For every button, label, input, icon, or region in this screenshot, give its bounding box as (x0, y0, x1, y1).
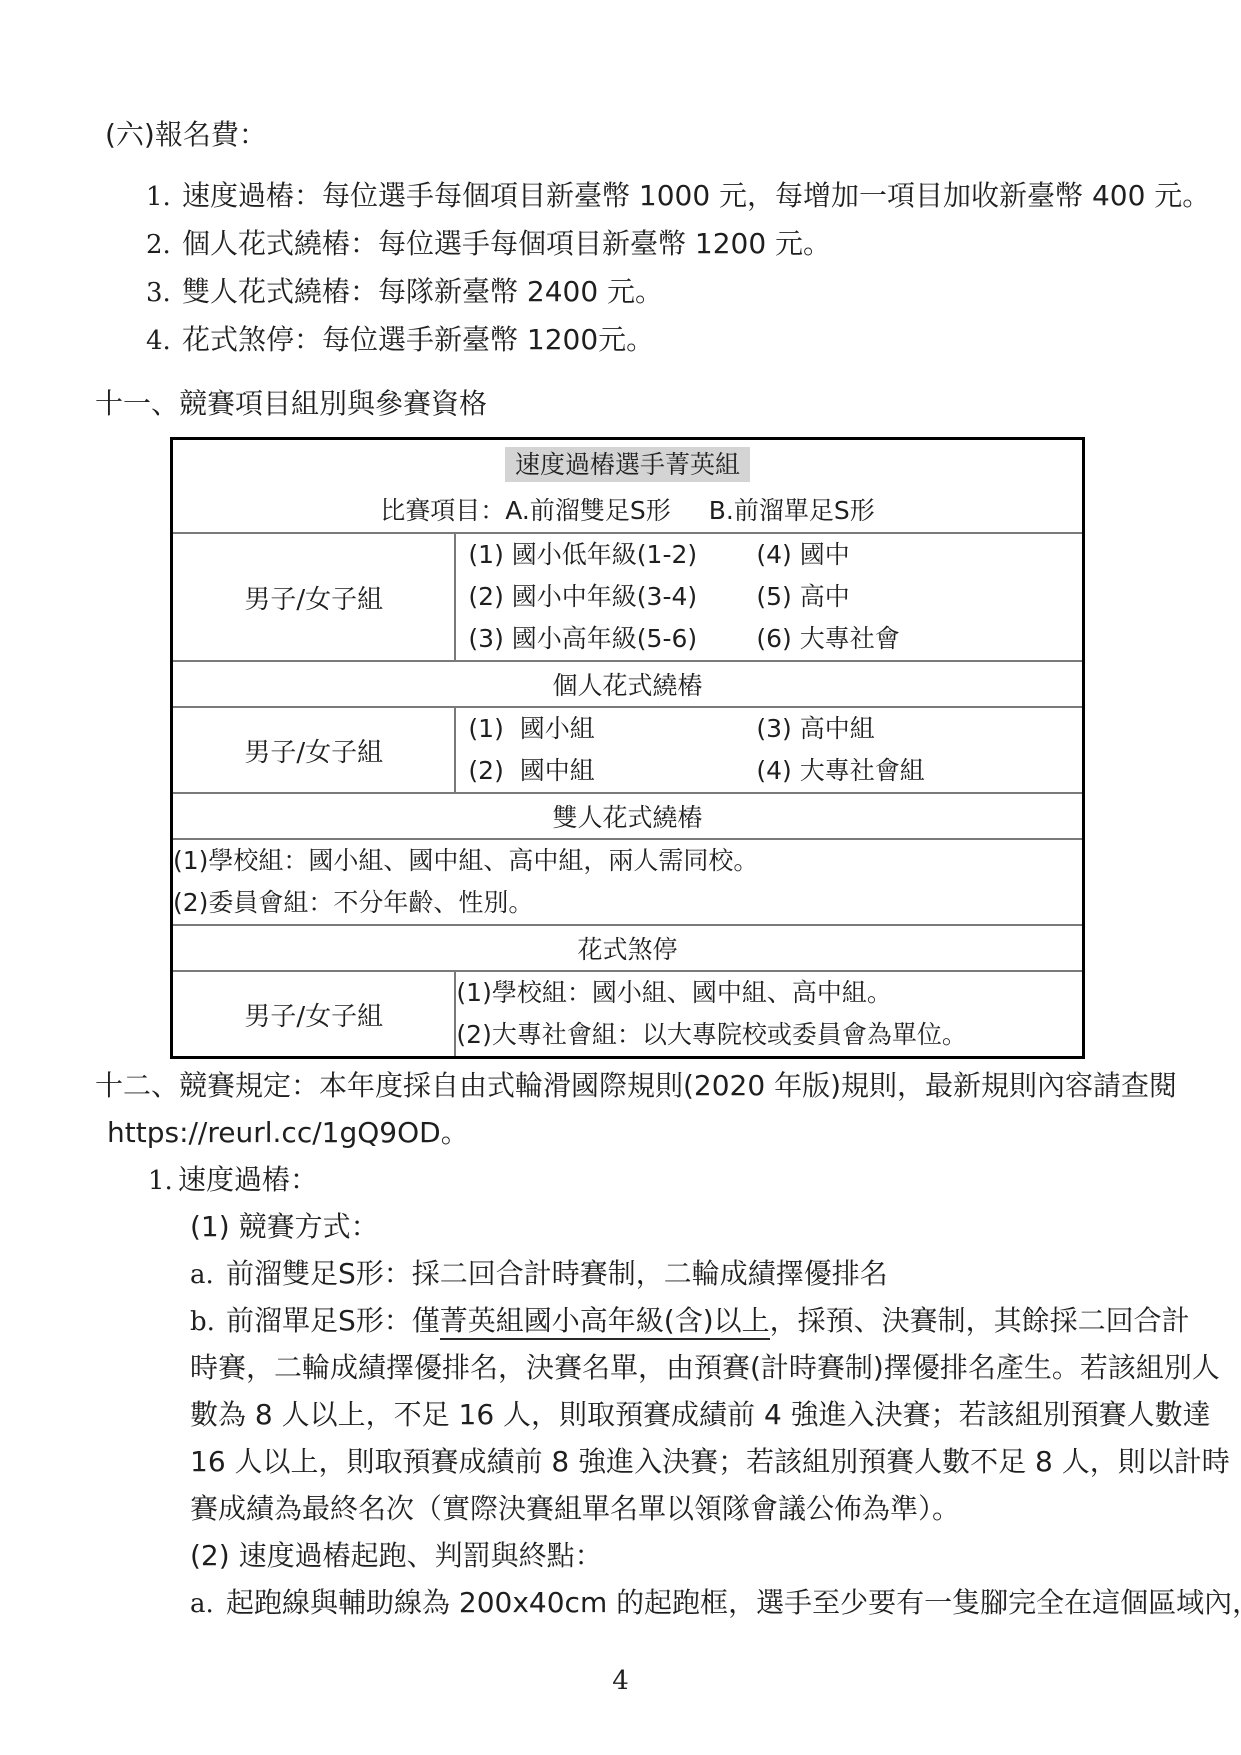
speed-category: (3) 國小高年級(5-6) (456, 618, 748, 660)
rule-sub-2: (2) 速度過樁起跑、判罰與終點： (95, 1532, 1175, 1579)
fee-item-text: 雙人花式繞樁：每隊新臺幣 2400 元。 (182, 275, 663, 308)
rule-point-text-underlined: 菁英組國小高年級(含)以上 (440, 1304, 770, 1340)
table-row-events: 比賽項目：A.前溜雙足S形B.前溜單足S形 (172, 486, 1084, 533)
rule-continuation-line: 賽成績為最終名次（實際決賽組單名單以領隊會議公佈為準）。 (95, 1485, 1175, 1532)
fee-item-number: 4. (146, 317, 176, 365)
rule-point-b1: b.前溜單足S形：僅菁英組國小高年級(含)以上，採預、決賽制，其餘採二回合計 (95, 1297, 1175, 1344)
rule-point-text: 前溜雙足S形：採二回合計時賽制，二輪成績擇優排名 (226, 1257, 888, 1290)
fee-section-heading: (六)報名費： (105, 118, 267, 152)
section12-heading-line1: 十二、競賽規定：本年度採自由式輪滑國際規則(2020 年版)規則，最新規則內容請… (95, 1062, 1175, 1109)
rule-point-text-post: ，採預、決賽制，其餘採二回合計 (770, 1304, 1190, 1337)
rule-item-number: 1. (148, 1158, 178, 1205)
fee-item-number: 1. (146, 173, 176, 221)
fee-item: 1.速度過樁：每位選手每個項目新臺幣 1000 元，每增加一項目加收新臺幣 40… (146, 172, 1166, 220)
table-row-pair-header: 雙人花式繞樁 (172, 793, 1084, 839)
table-row-title: 速度過樁選手菁英組 (172, 439, 1084, 487)
fee-item-text: 個人花式繞樁：每位選手每個項目新臺幣 1200 元。 (182, 227, 831, 260)
fee-item-text: 花式煞停：每位選手新臺幣 1200元。 (182, 323, 654, 356)
rule-continuation-line: 16 人以上，則取預賽成績前 8 強進入決賽；若該組別預賽人數不足 8 人，則以… (95, 1438, 1175, 1485)
pair-rule: (2)委員會組：不分年齡、性別。 (173, 882, 1082, 924)
individual-slalom-header: 個人花式繞樁 (172, 661, 1084, 707)
events-label-a: 比賽項目：A.前溜雙足S形 (380, 496, 670, 525)
table-title-highlighted: 速度過樁選手菁英組 (505, 447, 750, 482)
individual-category: (2) 國中組 (456, 750, 748, 792)
stop-rule: (1)學校組：國小組、國中組、高中組。 (456, 972, 1082, 1014)
brake-stop-header: 花式煞停 (172, 925, 1084, 971)
speed-category: (6) 大專社會 (748, 618, 1082, 660)
table-row-individual-categories: 男子/女子組 (1) 國小組 (2) 國中組 (3) 高中組 (4) 大專社會組 (172, 707, 1084, 793)
fee-item: 2.個人花式繞樁：每位選手每個項目新臺幣 1200 元。 (146, 220, 1166, 268)
speed-category: (4) 國中 (748, 534, 1082, 576)
events-label-b: B.前溜單足S形 (709, 496, 875, 525)
eligibility-table: 速度過樁選手菁英組 比賽項目：A.前溜雙足S形B.前溜單足S形 男子/女子組 (… (170, 437, 1085, 1059)
stop-rule: (2)大專社會組：以大專院校或委員會為單位。 (456, 1014, 1082, 1056)
rule-item-text: 速度過樁： (178, 1163, 318, 1196)
fee-item: 3.雙人花式繞樁：每隊新臺幣 2400 元。 (146, 268, 1166, 316)
fee-item-number: 3. (146, 269, 176, 317)
rule-continuation-line: 數為 8 人以上，不足 16 人，則取預賽成績前 4 強進入決賽；若該組別預賽人… (95, 1391, 1175, 1438)
table-row-stop-header: 花式煞停 (172, 925, 1084, 971)
rule-point-text-pre: 前溜單足S形：僅 (226, 1304, 440, 1337)
speed-category: (5) 高中 (748, 576, 1082, 618)
speed-category: (1) 國小低年級(1-2) (456, 534, 748, 576)
rule-point-marker: a. (190, 1252, 226, 1299)
fee-item: 4.花式煞停：每位選手新臺幣 1200元。 (146, 316, 1166, 364)
fee-item-text: 速度過樁：每位選手每個項目新臺幣 1000 元，每增加一項目加收新臺幣 400 … (182, 179, 1210, 212)
individual-category: (3) 高中組 (748, 708, 1082, 750)
table-row-speed-categories: 男子/女子組 (1) 國小低年級(1-2) (2) 國小中年級(3-4) (3)… (172, 533, 1084, 661)
section12: 十二、競賽規定：本年度採自由式輪滑國際規則(2020 年版)規則，最新規則內容請… (95, 1062, 1175, 1626)
pair-slalom-header: 雙人花式繞樁 (172, 793, 1084, 839)
rule-point-text: 起跑線與輔助線為 200x40cm 的起跑框，選手至少要有一隻腳完全在這個區域內… (226, 1586, 1241, 1619)
group-label: 男子/女子組 (172, 971, 456, 1058)
rule-point-a1: a.前溜雙足S形：採二回合計時賽制，二輪成績擇優排名 (95, 1250, 1175, 1297)
table-row-individual-header: 個人花式繞樁 (172, 661, 1084, 707)
document-page: (六)報名費： 1.速度過樁：每位選手每個項目新臺幣 1000 元，每增加一項目… (0, 0, 1241, 1755)
pair-rule: (1)學校組：國小組、國中組、高中組，兩人需同校。 (173, 840, 1082, 882)
table-row-pair-rules: (1)學校組：國小組、國中組、高中組，兩人需同校。 (2)委員會組：不分年齡、性… (172, 839, 1084, 925)
speed-category: (2) 國小中年級(3-4) (456, 576, 748, 618)
group-label: 男子/女子組 (172, 707, 456, 793)
individual-category: (4) 大專社會組 (748, 750, 1082, 792)
section11-heading: 十一、競賽項目組別與參賽資格 (95, 387, 487, 421)
page-number: 4 (0, 1666, 1241, 1696)
rule-item-1: 1.速度過樁： (95, 1156, 1175, 1203)
rule-point-marker: b. (190, 1299, 226, 1346)
group-label: 男子/女子組 (172, 533, 456, 661)
table-row-stop-rules: 男子/女子組 (1)學校組：國小組、國中組、高中組。 (2)大專社會組：以大專院… (172, 971, 1084, 1058)
rule-point-a2: a.起跑線與輔助線為 200x40cm 的起跑框，選手至少要有一隻腳完全在這個區… (95, 1579, 1175, 1626)
rule-point-marker: a. (190, 1581, 226, 1628)
rules-url: https://reurl.cc/1gQ9OD。 (95, 1109, 1175, 1156)
fee-list: 1.速度過樁：每位選手每個項目新臺幣 1000 元，每增加一項目加收新臺幣 40… (146, 172, 1166, 364)
rule-continuation-line: 時賽，二輪成績擇優排名，決賽名單，由預賽(計時賽制)擇優排名產生。若該組別人 (95, 1344, 1175, 1391)
rule-sub-1: (1) 競賽方式： (95, 1203, 1175, 1250)
individual-category: (1) 國小組 (456, 708, 748, 750)
fee-item-number: 2. (146, 221, 176, 269)
